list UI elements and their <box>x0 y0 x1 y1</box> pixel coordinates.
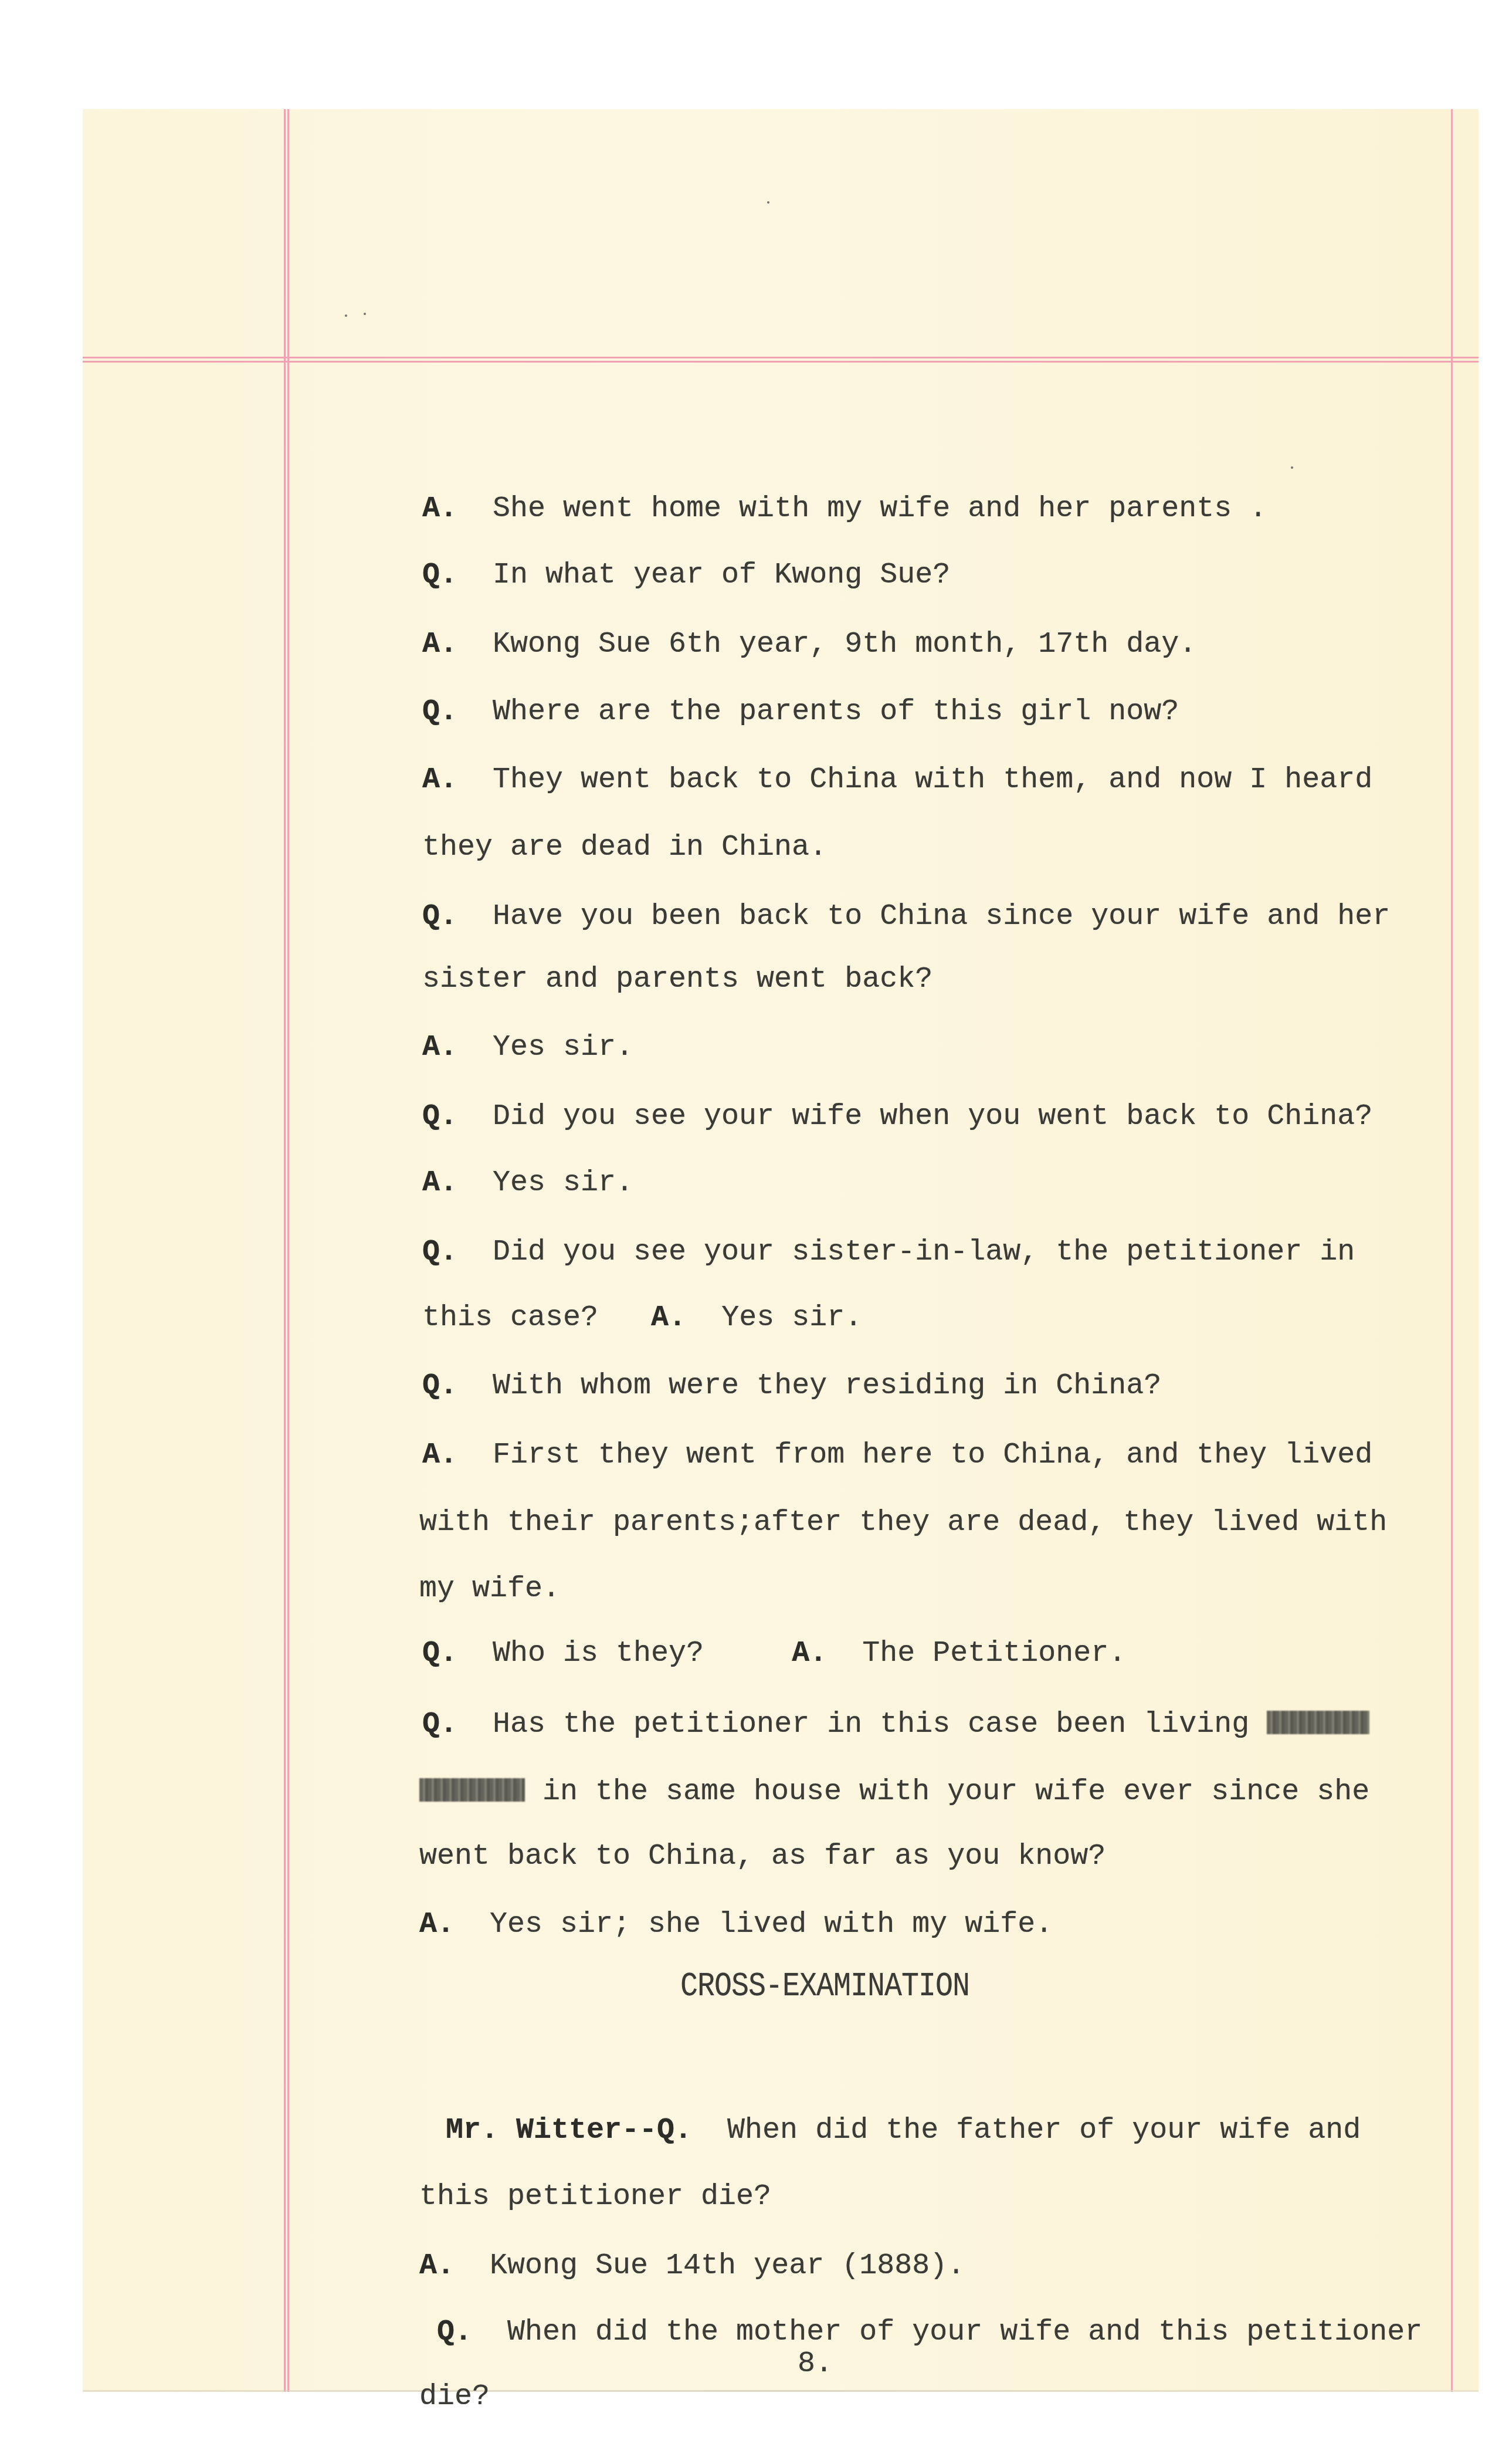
line-text: Did you see your wife when you went back… <box>493 1100 1372 1133</box>
line-text: Where are the parents of this girl now? <box>493 695 1179 729</box>
page-bottom-edge <box>83 2390 1479 2392</box>
transcript-line: Q. Have you been back to China since you… <box>387 864 1390 935</box>
inline-answer-text: The Petitioner. <box>862 1637 1126 1670</box>
question-label: Q. <box>422 559 457 592</box>
line-text: She went home with my wife and her paren… <box>493 492 1267 526</box>
transcript-line: Q. Did you see your sister-in-law, the p… <box>387 1200 1355 1270</box>
line-text: sister and parents went back? <box>422 963 933 996</box>
struck-out-text <box>419 1778 525 1802</box>
transcript-line: Q. Has the petitioner in this case been … <box>387 1672 1369 1742</box>
transcript-line: A. She went home with my wife and her pa… <box>387 456 1267 527</box>
question-label: Q. <box>422 695 457 729</box>
line-text: they are dead in China. <box>422 831 827 864</box>
question-label: Q. <box>422 1708 457 1741</box>
answer-label: A. <box>422 1439 457 1472</box>
line-text: with their parents;after they are dead, … <box>419 1506 1387 1539</box>
answer-label: A. <box>419 2249 455 2283</box>
paper-speck <box>364 313 366 315</box>
line-text: In what year of Kwong Sue? <box>493 559 950 592</box>
transcript-line: this petitioner die? <box>384 2144 771 2215</box>
header-rule <box>83 357 1479 358</box>
line-text: Did you see your sister-in-law, the peti… <box>493 1236 1355 1269</box>
answer-label: A. <box>422 628 457 661</box>
transcript-line: Mr. Witter--Q. When did the father of yo… <box>411 2078 1361 2148</box>
transcript-line: Q. Who is they? A. The Petitioner. <box>387 1601 1126 1671</box>
transcript-line: A. Kwong Sue 6th year, 9th month, 17th d… <box>387 592 1196 662</box>
transcript-line: A. Yes sir; she lived with my wife. <box>384 1872 1053 1942</box>
speaker-label: Mr. Witter--Q. <box>446 2114 692 2147</box>
transcript-line: Q. With whom were they residing in China… <box>387 1333 1161 1404</box>
transcript-line: Q. In what year of Kwong Sue? <box>387 523 950 593</box>
answer-label: A. <box>422 763 457 797</box>
paper-speck <box>345 314 347 317</box>
paper-speck <box>1291 466 1293 469</box>
right-margin-rule <box>1451 109 1453 2392</box>
question-label: Q. <box>422 1637 457 1670</box>
transcript-line: Q. Did you see your wife when you went b… <box>387 1064 1372 1135</box>
transcript-line: A. Yes sir. <box>387 1131 633 1201</box>
transcript-line: with their parents;after they are dead, … <box>384 1470 1387 1541</box>
answer-label: A. <box>792 1637 827 1670</box>
line-text: Yes sir. <box>493 1166 633 1200</box>
line-text: this case? <box>422 1301 598 1335</box>
question-label: Q. <box>422 1100 457 1133</box>
question-label: Q. <box>422 1236 457 1269</box>
transcript-line: A. They went back to China with them, an… <box>387 727 1372 798</box>
line-text: Who is they? <box>493 1637 704 1670</box>
line-text: Kwong Sue 6th year, 9th month, 17th day. <box>493 628 1196 661</box>
transcript-line: Q. Where are the parents of this girl no… <box>387 659 1179 730</box>
transcript-line: A. First they went from here to China, a… <box>387 1403 1372 1473</box>
line-text: Kwong Sue 14th year (1888). <box>490 2249 965 2283</box>
line-text: die? <box>419 2380 490 2414</box>
line-text: Has the petitioner in this case been liv… <box>493 1708 1249 1741</box>
line-text: When did the father of your wife and <box>727 2114 1361 2147</box>
paper-speck <box>767 201 769 204</box>
answer-label: A. <box>422 1031 457 1064</box>
line-text: Yes sir; she lived with my wife. <box>490 1908 1053 1941</box>
left-margin-rule <box>284 109 286 2392</box>
transcript-line: my wife. <box>384 1536 560 1607</box>
section-heading: CROSS-EXAMINATION <box>680 1967 969 2008</box>
transcript-line: A. Yes sir. <box>387 995 633 1065</box>
struck-out-text <box>1267 1711 1369 1734</box>
answer-label: A. <box>651 1301 686 1335</box>
line-text: They went back to China with them, and n… <box>493 763 1372 797</box>
transcript-line: Q. When did the mother of your wife and … <box>402 2280 1422 2350</box>
transcript-line: they are dead in China. <box>387 795 827 865</box>
answer-label: A. <box>422 492 457 526</box>
transcript-line: this case? A. Yes sir. <box>387 1265 862 1336</box>
transcript-line: sister and parents went back? <box>387 927 933 997</box>
question-label: Q. <box>422 1369 457 1403</box>
answer-label: A. <box>422 1166 457 1200</box>
inline-answer-text: Yes sir. <box>721 1301 862 1335</box>
line-text: When did the mother of your wife and thi… <box>507 2316 1422 2349</box>
answer-label: A. <box>419 1908 455 1941</box>
line-text: went back to China, as far as you know? <box>419 1840 1106 1873</box>
line-text: Yes sir. <box>493 1031 633 1064</box>
line-text: this petitioner die? <box>419 2180 771 2213</box>
line-text: With whom were they residing in China? <box>493 1369 1161 1403</box>
transcript-line: die? <box>384 2344 490 2415</box>
transcript-line: went back to China, as far as you know? <box>384 1804 1106 1874</box>
page-number: 8. <box>798 2347 833 2382</box>
transcript-line: in the same house with your wife ever si… <box>384 1739 1369 1810</box>
left-margin-rule-inner <box>287 109 289 2392</box>
line-text: First they went from here to China, and … <box>493 1439 1372 1472</box>
header-rule-inner <box>83 361 1479 363</box>
transcript-line: A. Kwong Sue 14th year (1888). <box>384 2213 965 2284</box>
